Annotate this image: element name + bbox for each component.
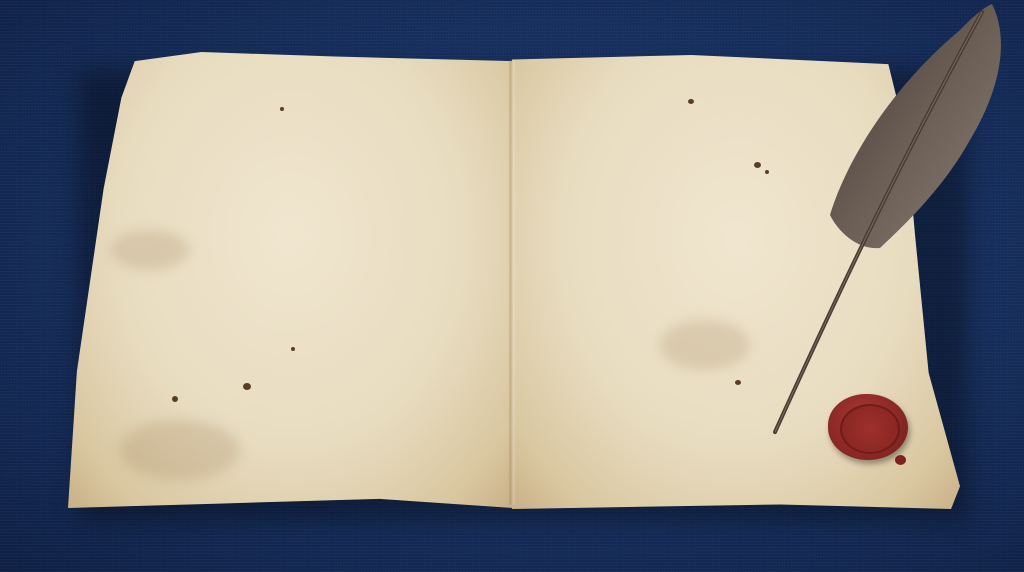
ink-speck xyxy=(754,162,761,168)
ink-speck xyxy=(735,380,741,385)
ink-speck xyxy=(688,99,694,104)
page-fold xyxy=(508,60,516,505)
wax-seal xyxy=(828,394,908,460)
ink-speck xyxy=(291,347,295,351)
ink-speck xyxy=(280,107,284,111)
age-stain xyxy=(120,420,240,480)
feather-quill-icon xyxy=(770,0,1010,440)
ink-speck xyxy=(172,396,178,402)
wax-drip xyxy=(895,455,906,465)
ink-speck xyxy=(243,383,251,390)
age-stain xyxy=(660,320,750,370)
age-stain xyxy=(110,230,190,270)
seal-emblem-icon xyxy=(840,404,900,454)
ink-speck xyxy=(765,170,769,174)
